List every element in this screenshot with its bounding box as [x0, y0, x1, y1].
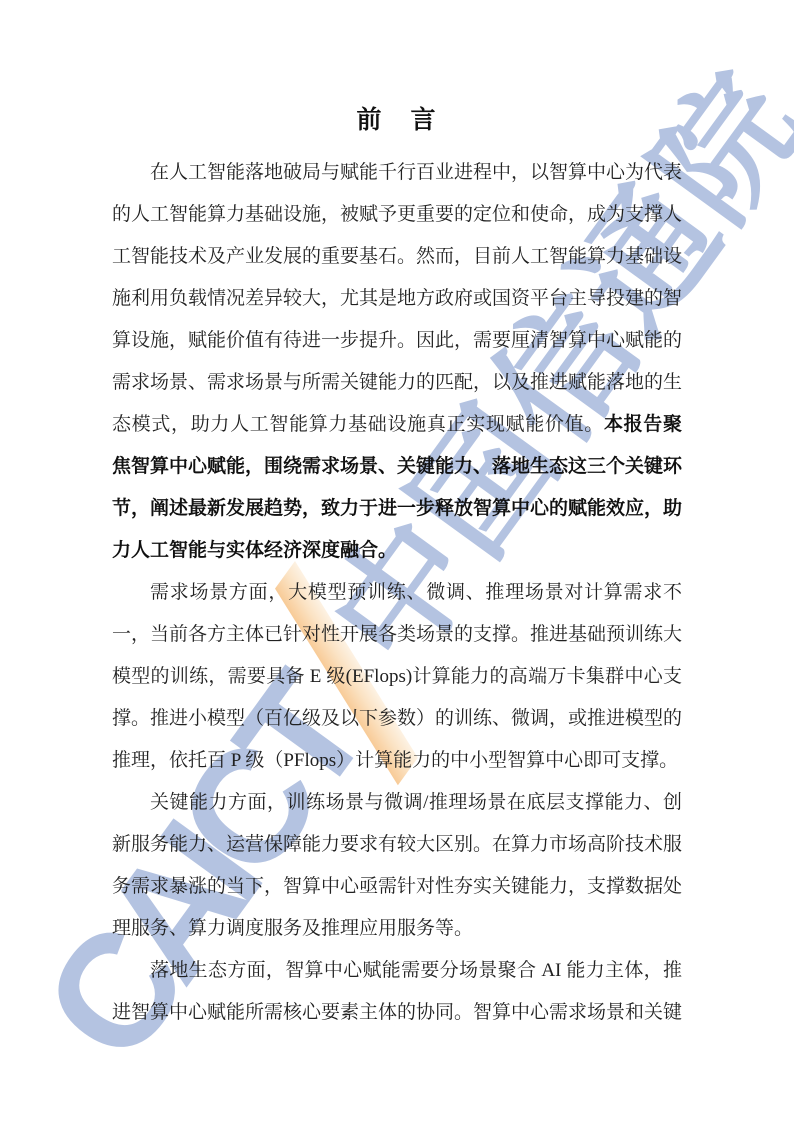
page-title: 前 言 — [112, 0, 682, 132]
body-text: 在人工智能落地破局与赋能千行百业进程中，以智算中心为代表的人工智能算力基础设施，… — [112, 152, 682, 1034]
paragraph-4-text: 落地生态方面，智算中心赋能需要分场景聚合 AI 能力主体，推进智算中心赋能所需核… — [112, 960, 682, 1023]
paragraph-2-text: 需求场景方面，大模型预训练、微调、推理场景对计算需求不一，当前各方主体已针对性开… — [112, 582, 682, 771]
paragraph-1-text: 在人工智能落地破局与赋能千行百业进程中，以智算中心为代表的人工智能算力基础设施，… — [112, 162, 682, 435]
paragraph-4: 落地生态方面，智算中心赋能需要分场景聚合 AI 能力主体，推进智算中心赋能所需核… — [112, 950, 682, 1034]
document-page: CAICT 中国信通院 前 言 在人工智能落地破局与赋能千行百业进程中，以智算中… — [0, 0, 794, 1123]
paragraph-1: 在人工智能落地破局与赋能千行百业进程中，以智算中心为代表的人工智能算力基础设施，… — [112, 152, 682, 572]
paragraph-3-text: 关键能力方面，训练场景与微调/推理场景在底层支撑能力、创新服务能力、运营保障能力… — [112, 792, 682, 939]
paragraph-2: 需求场景方面，大模型预训练、微调、推理场景对计算需求不一，当前各方主体已针对性开… — [112, 572, 682, 782]
paragraph-3: 关键能力方面，训练场景与微调/推理场景在底层支撑能力、创新服务能力、运营保障能力… — [112, 782, 682, 950]
page-content: 前 言 在人工智能落地破局与赋能千行百业进程中，以智算中心为代表的人工智能算力基… — [0, 0, 794, 1034]
paragraph-1-bold-text: 本报告聚焦智算中心赋能，围绕需求场景、关键能力、落地生态这三个关键环节，阐述最新… — [112, 414, 682, 561]
